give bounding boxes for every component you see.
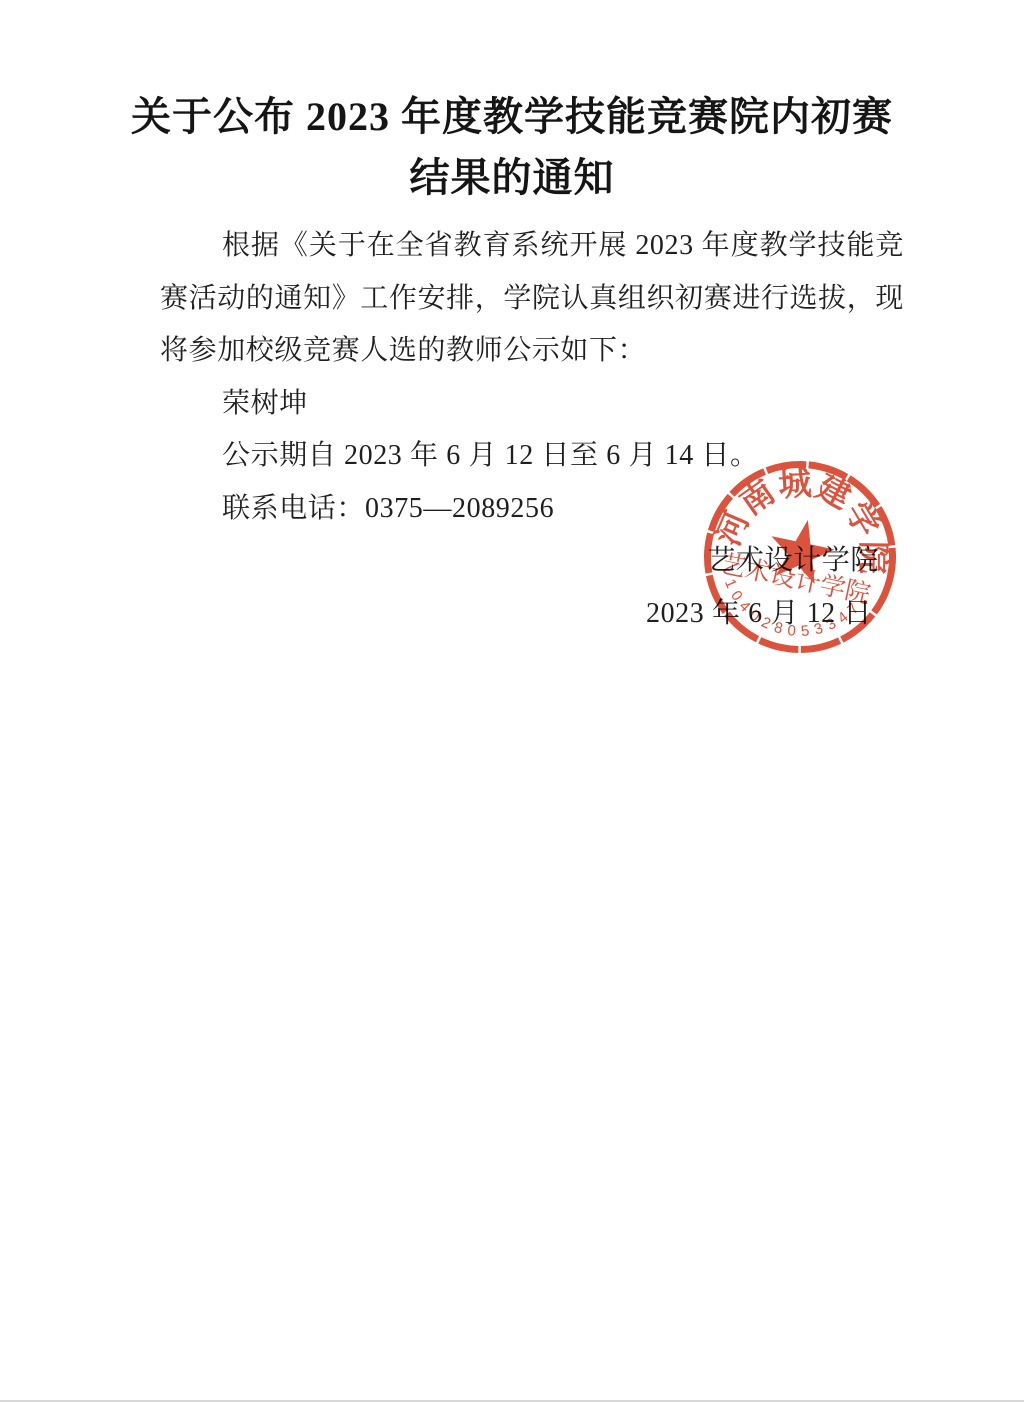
signature-block: 艺术设计学院 2023 年 6 月 12 日: [160, 535, 904, 640]
signature-date: 2023 年 6 月 12 日: [160, 588, 904, 641]
signature-department: 艺术设计学院: [160, 535, 904, 588]
notice-body: 根据《关于在全省教育系统开展 2023 年度教学技能竞赛活动的通知》工作安排，学…: [160, 220, 904, 640]
publicity-period: 公示期自 2023 年 6 月 12 日至 6 月 14 日。: [160, 430, 904, 483]
notice-page: 关于公布 2023 年度教学技能竞赛院内初赛 结果的通知 根据《关于在全省教育系…: [0, 0, 1024, 1402]
title-line-1: 关于公布 2023 年度教学技能竞赛院内初赛: [0, 86, 1024, 147]
contact-phone: 联系电话：0375—2089256: [160, 483, 904, 536]
intro-paragraph: 根据《关于在全省教育系统开展 2023 年度教学技能竞赛活动的通知》工作安排，学…: [160, 220, 904, 378]
page-title: 关于公布 2023 年度教学技能竞赛院内初赛 结果的通知: [0, 0, 1024, 208]
candidate-name: 荣树坤: [160, 378, 904, 431]
title-line-2: 结果的通知: [0, 147, 1024, 208]
